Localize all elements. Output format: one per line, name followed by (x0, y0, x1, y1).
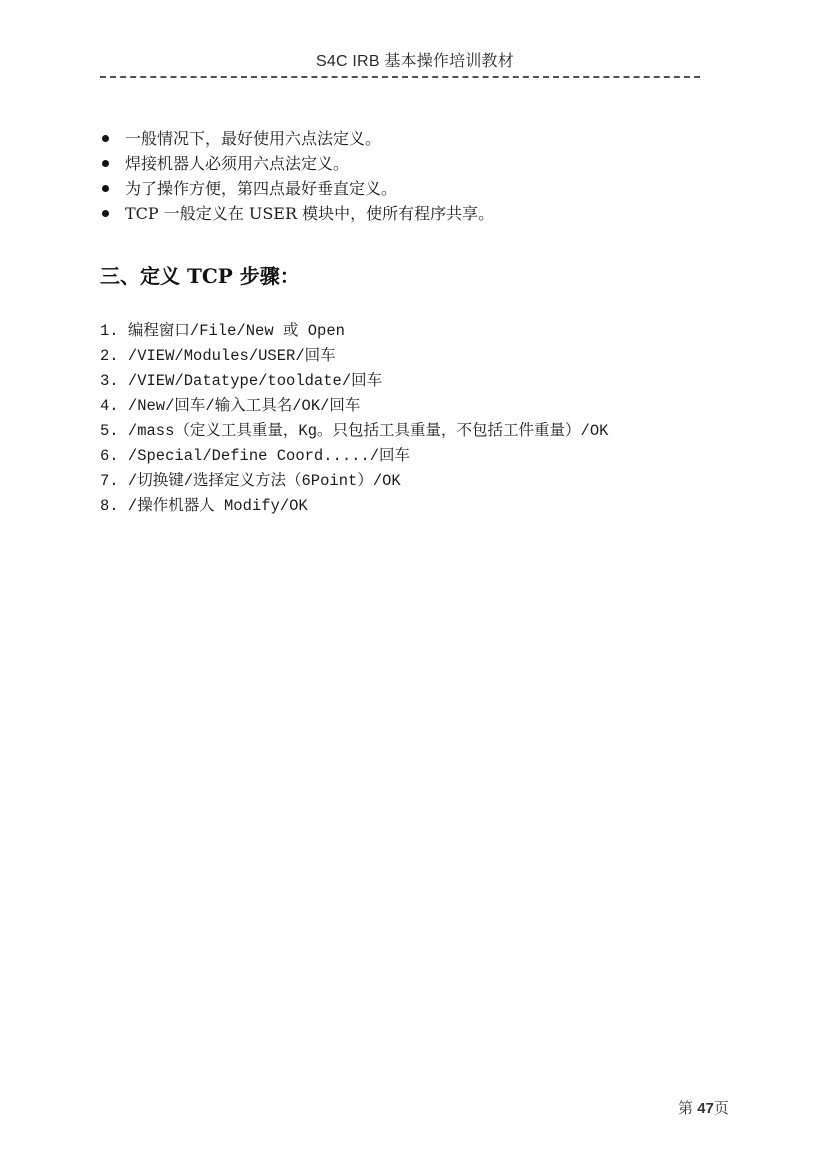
bullet-item: 为了操作方便，第四点最好垂直定义。 (100, 176, 494, 201)
page-prefix: 第 (678, 1100, 693, 1117)
bullet-item: 焊接机器人必须用六点法定义。 (100, 151, 494, 176)
page-suffix: 页 (714, 1100, 729, 1117)
page-number-value: 47 (697, 1100, 714, 1117)
bullet-dot-icon (102, 135, 109, 142)
bullet-dot-icon (102, 185, 109, 192)
tcp-steps-list: 1. 编程窗口/File/New 或 Open 2. /VIEW/Modules… (100, 319, 608, 519)
step-item: 1. 编程窗口/File/New 或 Open (100, 319, 608, 344)
step-item: 7. /切换键/选择定义方法（6Point）/OK (100, 469, 608, 494)
page-number: 第 47页 (678, 1097, 729, 1118)
step-item: 6. /Special/Define Coord...../回车 (100, 444, 608, 469)
step-item: 8. /操作机器人 Modify/OK (100, 494, 608, 519)
header-dashed-divider (100, 76, 700, 78)
document-header-title: S4C IRB 基本操作培训教材 (0, 48, 830, 71)
bullet-dot-icon (102, 160, 109, 167)
bullet-text: 为了操作方便，第四点最好垂直定义。 (125, 176, 397, 201)
step-item: 2. /VIEW/Modules/USER/回车 (100, 344, 608, 369)
notes-bullet-list: 一般情况下，最好使用六点法定义。 焊接机器人必须用六点法定义。 为了操作方便，第… (100, 126, 494, 226)
bullet-text: 焊接机器人必须用六点法定义。 (125, 151, 349, 176)
step-item: 3. /VIEW/Datatype/tooldate/回车 (100, 369, 608, 394)
section-heading: 三、定义 TCP 步骤： (100, 260, 300, 289)
step-item: 4. /New/回车/输入工具名/OK/回车 (100, 394, 608, 419)
bullet-text: TCP 一般定义在 USER 模块中，使所有程序共享。 (125, 201, 494, 226)
bullet-item: 一般情况下，最好使用六点法定义。 (100, 126, 494, 151)
bullet-item: TCP 一般定义在 USER 模块中，使所有程序共享。 (100, 201, 494, 226)
bullet-text: 一般情况下，最好使用六点法定义。 (125, 126, 381, 151)
step-item: 5. /mass（定义工具重量，Kg。只包括工具重量，不包括工件重量）/OK (100, 419, 608, 444)
bullet-dot-icon (102, 210, 109, 217)
